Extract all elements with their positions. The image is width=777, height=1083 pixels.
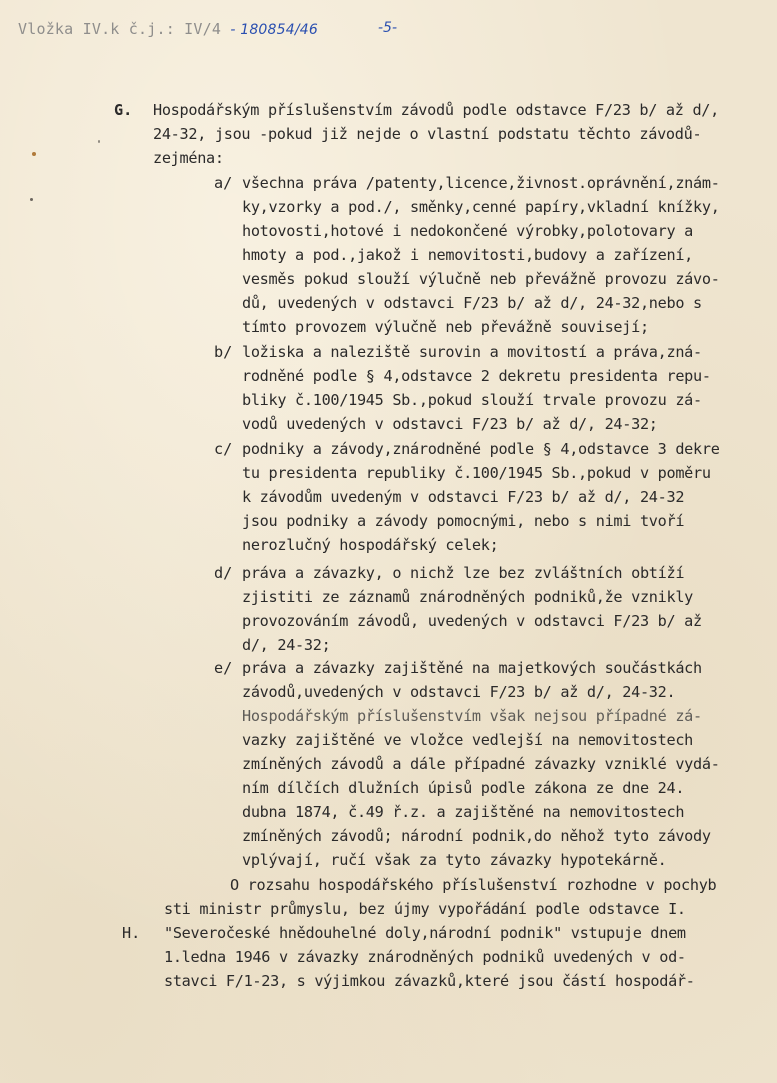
- item-a-line: hmoty a pod.,jakož i nemovitosti,budovy …: [242, 243, 693, 267]
- item-e-line: závodů,uvedených v odstavci F/23 b/ až d…: [242, 680, 675, 704]
- item-a-line: všechna práva /patenty,licence,živnost.o…: [242, 171, 720, 195]
- item-b-line: rodněné podle § 4,odstavce 2 dekretu pre…: [242, 364, 711, 388]
- section-h-line: "Severočeské hnědouhelné doly,národní po…: [164, 921, 686, 945]
- item-b-line: vodů uvedených v odstavci F/23 b/ až d/,…: [242, 412, 658, 436]
- item-d-line: práva a závazky, o nichž lze bez zvláštn…: [242, 561, 684, 585]
- item-d-line: provozováním závodů, uvedených v odstavc…: [242, 609, 702, 633]
- document-reference: Vložka IV.k č.j.: IV/4 - 180854/46: [18, 20, 318, 38]
- item-c-line: jsou podniky a závody pomocnými, nebo s …: [242, 509, 684, 533]
- item-a-line: dů, uvedených v odstavci F/23 b/ až d/, …: [242, 291, 702, 315]
- item-e-line: práva a závazky zajištěné na majetkových…: [242, 656, 702, 680]
- section-g-line: Hospodářským příslušenstvím závodů podle…: [153, 98, 719, 122]
- section-g-label: G.: [114, 98, 132, 122]
- item-c-label: c/: [214, 437, 232, 461]
- closing-line: sti ministr průmyslu, bez újmy vypořádán…: [164, 897, 686, 921]
- item-e-line: zmíněných závodů; národní podnik,do něho…: [242, 824, 711, 848]
- item-c-line: tu presidenta republiky č.100/1945 Sb.,p…: [242, 461, 711, 485]
- section-h-line: 1.ledna 1946 v závazky znárodněných podn…: [164, 945, 686, 969]
- item-e-line: ním dílčích dlužních úpisů podle zákona …: [242, 776, 684, 800]
- item-a-label: a/: [214, 171, 232, 195]
- section-h-label: H.: [122, 921, 140, 945]
- item-d-line: zjistiti ze záznamů znárodněných podniků…: [242, 585, 693, 609]
- typed-reference: Vložka IV.k č.j.: IV/4: [18, 20, 221, 38]
- item-e-label: e/: [214, 656, 232, 680]
- item-e-line: vplývají, ručí však za tyto závazky hypo…: [242, 848, 667, 872]
- section-h-line: stavci F/1-23, s výjimkou závazků,které …: [164, 969, 695, 993]
- section-g-line: 24-32, jsou -pokud již nejde o vlastní p…: [153, 122, 701, 146]
- item-c-line: nerozlučný hospodářský celek;: [242, 533, 498, 557]
- item-d-label: d/: [214, 561, 232, 585]
- paper-speck: [30, 198, 33, 201]
- item-e-line: zmíněných závodů a dále případné závazky…: [242, 752, 720, 776]
- item-a-line: tímto provozem výlučně neb převážně souv…: [242, 315, 649, 339]
- closing-line: O rozsahu hospodářského příslušenství ro…: [230, 873, 716, 897]
- item-e-line: dubna 1874, č.49 ř.z. a zajištěné na nem…: [242, 800, 684, 824]
- document-page: Vložka IV.k č.j.: IV/4 - 180854/46 -5- G…: [0, 0, 777, 1083]
- item-b-line: bliky č.100/1945 Sb.,pokud slouží trvale…: [242, 388, 702, 412]
- item-e-line: Hospodářským příslušenstvím však nejsou …: [242, 704, 702, 728]
- paper-speck: [98, 140, 100, 143]
- page-number: -5-: [378, 20, 397, 36]
- item-a-line: ky,vzorky a pod./, směnky,cenné papíry,v…: [242, 195, 720, 219]
- item-c-line: podniky a závody,znárodněné podle § 4,od…: [242, 437, 720, 461]
- item-e-line: vazky zajištěné ve vložce vedlejší na ne…: [242, 728, 693, 752]
- item-a-line: vesměs pokud slouží výlučně neb převážně…: [242, 267, 720, 291]
- item-c-line: k závodům uvedeným v odstavci F/23 b/ až…: [242, 485, 684, 509]
- item-b-line: ložiska a naleziště surovin a movitostí …: [242, 340, 702, 364]
- item-a-line: hotovosti,hotové i nedokončené výrobky,p…: [242, 219, 693, 243]
- paper-speck: [32, 152, 36, 156]
- item-b-label: b/: [214, 340, 232, 364]
- handwritten-reference: - 180854/46: [230, 22, 318, 38]
- item-d-line: d/, 24-32;: [242, 633, 330, 657]
- section-g-line: zejména:: [153, 146, 224, 170]
